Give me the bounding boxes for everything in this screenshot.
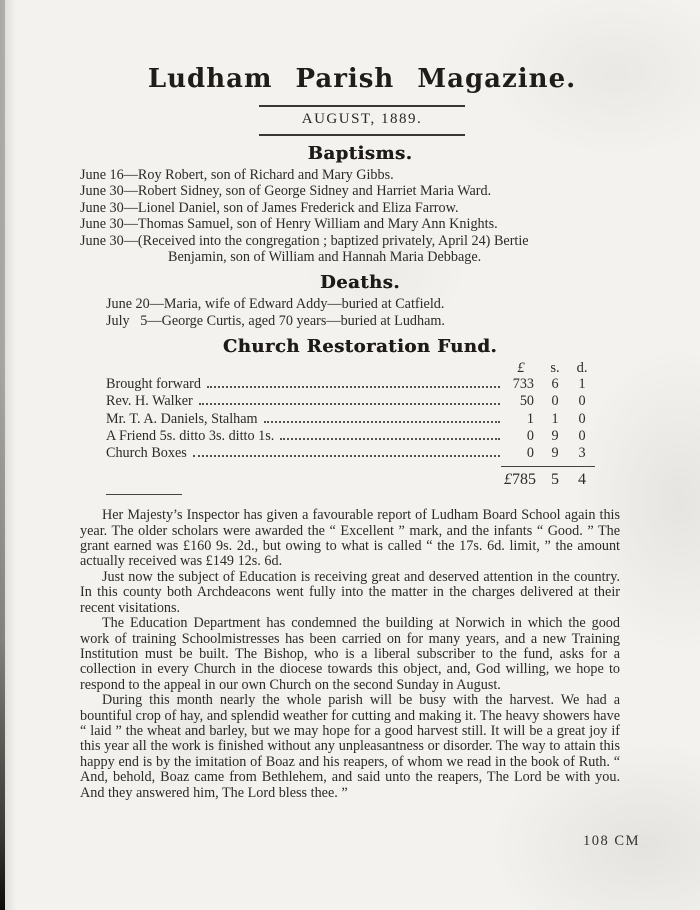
fund-column-pence: d. bbox=[568, 360, 596, 376]
fund-heading: Church Restoration Fund. bbox=[90, 336, 630, 357]
scanned-magazine-page: { "page": { "title": "Ludham Parish Maga… bbox=[0, 0, 700, 910]
fund-value-pounds: 1 bbox=[500, 411, 542, 428]
fund-total-row: £785 5 4 bbox=[106, 471, 596, 489]
article-body: Her Majesty’s Inspector has given a favo… bbox=[80, 508, 620, 801]
page-content: Ludham Parish Magazine. AUGUST, 1889. Ba… bbox=[80, 0, 620, 801]
fund-value-pence: 0 bbox=[568, 411, 596, 428]
total-rule-top bbox=[501, 466, 595, 467]
pound-sign: £ bbox=[504, 471, 512, 488]
fund-total-pounds: £785 bbox=[482, 471, 542, 489]
fund-value-pounds: 50 bbox=[500, 393, 542, 410]
baptism-entry: June 30—(Received into the congregation … bbox=[80, 233, 620, 249]
fund-column-shillings: s. bbox=[542, 360, 568, 376]
fund-total-pounds-value: 785 bbox=[512, 471, 536, 488]
fund-row: Church Boxes 0 9 3 bbox=[106, 445, 596, 462]
baptisms-heading: Baptisms. bbox=[90, 143, 630, 164]
baptism-entry: June 30—Thomas Samuel, son of Henry Will… bbox=[80, 216, 620, 232]
dotted-leader bbox=[280, 438, 500, 440]
issue-date: AUGUST, 1889. bbox=[302, 111, 422, 127]
fund-table: £ s. d. Brought forward 733 6 1 Rev. H. … bbox=[106, 360, 620, 495]
fund-column-headers: £ s. d. bbox=[106, 360, 596, 376]
dotted-leader bbox=[199, 403, 500, 405]
baptisms-register: June 16—Roy Robert, son of Richard and M… bbox=[80, 167, 620, 265]
death-entry: June 20—Maria, wife of Edward Addy—burie… bbox=[106, 296, 620, 312]
total-rule-bottom bbox=[106, 494, 182, 495]
fund-row: A Friend 5s. ditto 3s. ditto 1s. 0 9 0 bbox=[106, 428, 596, 445]
issue-date-box: AUGUST, 1889. bbox=[259, 105, 465, 136]
article-paragraph: Her Majesty’s Inspector has given a favo… bbox=[80, 508, 620, 570]
fund-row-label: Mr. T. A. Daniels, Stalham bbox=[106, 411, 258, 428]
fund-value-shillings: 9 bbox=[542, 428, 568, 445]
fund-row: Mr. T. A. Daniels, Stalham 1 1 0 bbox=[106, 411, 596, 428]
fund-value-pence: 0 bbox=[568, 393, 596, 410]
baptism-entry: June 30—Lionel Daniel, son of James Fred… bbox=[80, 200, 620, 216]
fund-value-pounds: 0 bbox=[500, 428, 542, 445]
fund-row-label: A Friend 5s. ditto 3s. ditto 1s. bbox=[106, 428, 274, 445]
article-paragraph: The Education Department has condemned t… bbox=[80, 616, 620, 693]
fund-value-pounds: 0 bbox=[500, 445, 542, 462]
article-paragraph: During this month nearly the whole paris… bbox=[80, 693, 620, 801]
fund-row-label: Rev. H. Walker bbox=[106, 393, 193, 410]
page-title: Ludham Parish Magazine. bbox=[92, 64, 632, 94]
scan-edge-artifact bbox=[0, 0, 5, 910]
dotted-leader bbox=[207, 386, 500, 388]
baptism-entry-continuation: Benjamin, son of William and Hannah Mari… bbox=[80, 249, 620, 265]
dotted-leader bbox=[193, 455, 500, 457]
deaths-heading: Deaths. bbox=[90, 272, 630, 293]
baptism-entry: June 16—Roy Robert, son of Richard and M… bbox=[80, 167, 620, 183]
dotted-leader bbox=[264, 421, 500, 423]
deaths-register: June 20—Maria, wife of Edward Addy—burie… bbox=[106, 296, 620, 329]
page-number: 108 CM bbox=[583, 833, 640, 850]
death-entry: July 5—George Curtis, aged 70 years—buri… bbox=[106, 313, 620, 329]
fund-row-label: Brought forward bbox=[106, 376, 201, 393]
baptism-entry: June 30—Robert Sidney, son of George Sid… bbox=[80, 183, 620, 199]
fund-total-shillings: 5 bbox=[542, 471, 568, 489]
fund-column-pounds: £ bbox=[500, 360, 542, 376]
fund-value-shillings: 0 bbox=[542, 393, 568, 410]
fund-value-pence: 0 bbox=[568, 428, 596, 445]
fund-value-pence: 3 bbox=[568, 445, 596, 462]
fund-row: Rev. H. Walker 50 0 0 bbox=[106, 393, 596, 410]
fund-total-pence: 4 bbox=[568, 471, 596, 489]
fund-value-pence: 1 bbox=[568, 376, 596, 393]
fund-value-shillings: 1 bbox=[542, 411, 568, 428]
fund-value-pounds: 733 bbox=[500, 376, 542, 393]
fund-row-label: Church Boxes bbox=[106, 445, 187, 462]
fund-value-shillings: 6 bbox=[542, 376, 568, 393]
fund-value-shillings: 9 bbox=[542, 445, 568, 462]
fund-row: Brought forward 733 6 1 bbox=[106, 376, 596, 393]
article-paragraph: Just now the subject of Education is rec… bbox=[80, 570, 620, 616]
